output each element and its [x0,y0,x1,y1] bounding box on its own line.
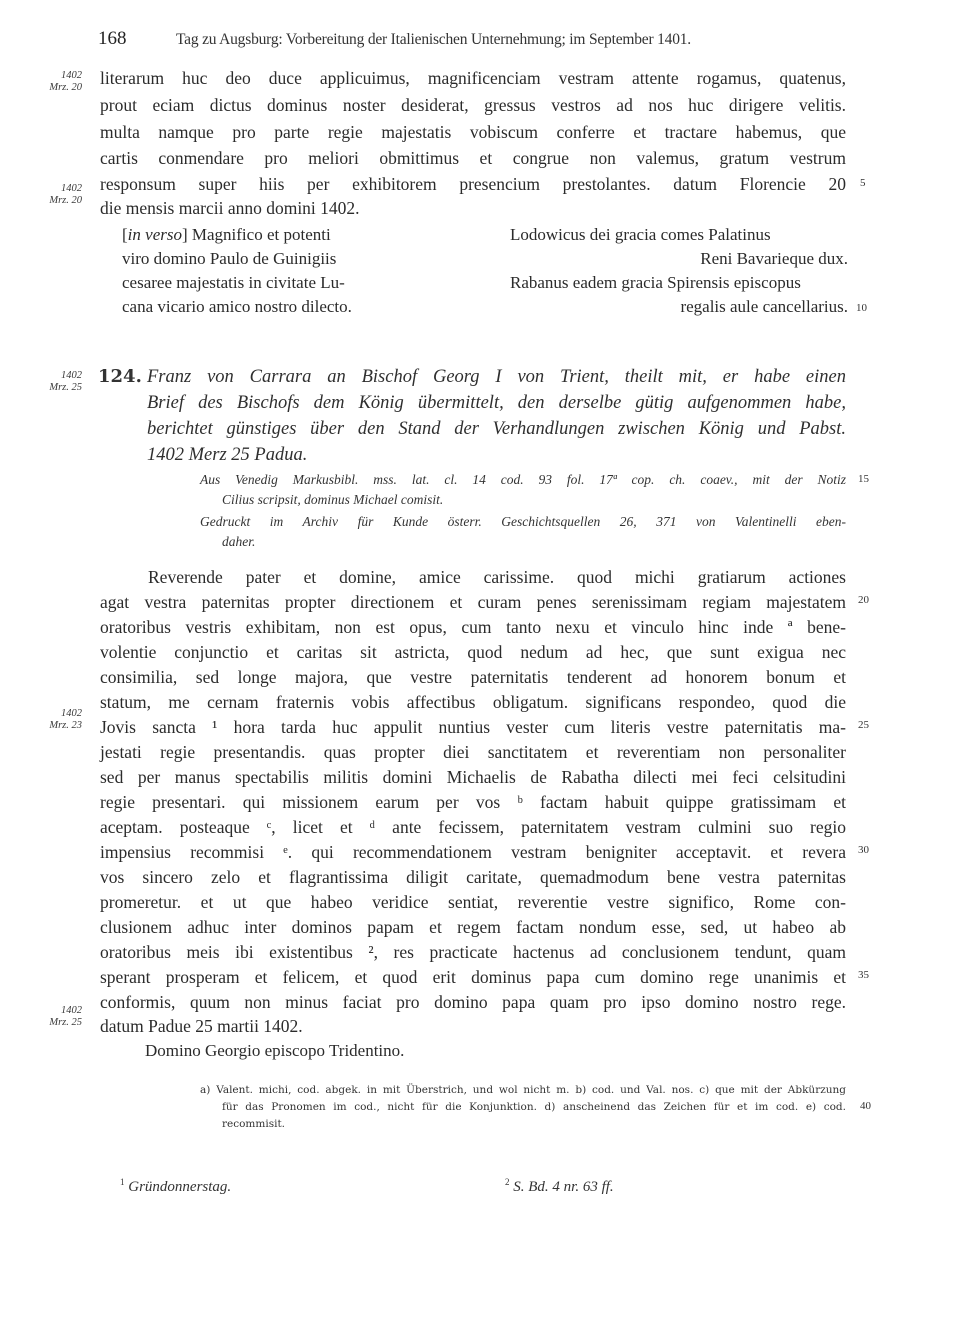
regest-line: 1402 Merz 25 Padua. [147,442,846,468]
signature-line: regalis aule cancellarius. [680,295,848,319]
line-number: 25 [858,719,869,731]
line-number: 35 [858,969,869,981]
margin-date: 1402 Mrz. 20 [34,70,82,94]
running-head-title: Tag zu Augsburg: Vorbereitung der Italie… [176,31,691,49]
document-number: 124. [98,366,142,387]
text-line: regie presentari. qui missionem earum pe… [100,790,846,814]
text-line: sed per manus spectabilis militis domini… [100,765,846,789]
address-text: Magnifico et potenti [192,225,331,244]
critical-note-line: für das Pronomen im cod., nicht für die … [222,1099,846,1116]
address-line: viro domino Paulo de Guinigiis [122,247,336,271]
source-line: Aus Venedig Markusbibl. mss. lat. cl. 14… [200,470,846,490]
margin-date: 1402 Mrz. 23 [34,708,82,732]
address-line: [in verso] Magnifico et potenti [122,223,331,247]
margin-date-day: Mrz. 20 [34,82,82,94]
margin-date-year: 1402 [34,183,82,195]
text-line: oratoribus vestris exhibitam, non est op… [100,615,846,639]
address-line: cana vicario amico nostro dilecto. [122,295,352,319]
text-line: datum Padue 25 martii 1402. [100,1014,846,1038]
line-number: 30 [858,844,869,856]
footnote-mark: 2 [505,1177,510,1187]
line-number: 5 [860,177,866,189]
address-line: cesaree majestatis in civitate Lu- [122,271,345,295]
text-line: statum, me cernam fraternis vobis affect… [100,690,846,714]
critical-note-line: a) Valent. michi, cod. abgek. in mit Übe… [200,1082,846,1099]
text-line: prout eciam dictus dominus noster deside… [100,93,846,117]
margin-date: 1402 Mrz. 25 [34,370,82,394]
margin-date-year: 1402 [34,1005,82,1017]
text-line: vos sincero zelo et flagrantissima dilig… [100,865,846,889]
text-line: aceptam. posteaque ᶜ, licet et ᵈ ante fe… [100,815,846,839]
text-line: multa namque pro parte regie majestatis … [100,120,846,144]
margin-date-year: 1402 [34,70,82,82]
source-line: daher. [222,532,846,552]
text-line: literarum huc deo duce applicuimus, magn… [100,66,846,90]
margin-date-year: 1402 [34,370,82,382]
text-line: impensius recommisi ᵉ. qui recommendatio… [100,840,846,864]
line-number: 10 [856,302,867,314]
text-line: consimilia, sed longe majora, que vestre… [100,665,846,689]
running-head: 168 Tag zu Augsburg: Vorbereitung der It… [0,28,960,52]
signature-line: Reni Bavarieque dux. [700,247,848,271]
text-line: promeretur. et ut que habeo veridice sen… [100,890,846,914]
margin-date-day: Mrz. 23 [34,720,82,732]
regest-line: Brief des Bischofs dem König übermittelt… [147,390,846,416]
regest-line: berichtet günstiges über den Stand der V… [147,416,846,442]
text-line: clusionem adhuc inter dominos papam et r… [100,915,846,939]
text-line: Jovis sancta ¹ hora tarda huc appulit nu… [100,715,846,739]
text-line: conformis, quum non minus faciat pro dom… [100,990,846,1014]
regest-line: Franz von Carrara an Bischof Georg I von… [147,364,846,390]
footnote-1: 1 Gründonnerstag. [120,1179,231,1196]
margin-date-day: Mrz. 25 [34,1017,82,1029]
margin-date-day: Mrz. 20 [34,195,82,207]
line-number: 40 [860,1100,871,1112]
text-line: sperant prosperam et felicem, et quod er… [100,965,846,989]
footnote-text: Gründonnerstag. [128,1179,231,1195]
text-line: agat vestra paternitas propter direction… [100,590,846,614]
source-line: Gedruckt im Archiv für Kunde österr. Ges… [200,512,846,532]
line-number: 20 [858,594,869,606]
margin-date-year: 1402 [34,708,82,720]
text-line: volentie conjunctio et caritas sit astri… [100,640,846,664]
verso-label: in verso [128,225,182,244]
margin-date: 1402 Mrz. 20 [34,183,82,207]
footnote-mark: 1 [120,1177,125,1187]
addressee: Domino Georgio episcopo Tridentino. [145,1039,404,1063]
critical-note-line: recommisit. [222,1116,846,1133]
signature-line: Rabanus eadem gracia Spirensis episcopus [510,271,801,295]
signature-line: Lodowicus dei gracia comes Palatinus [510,223,771,247]
text-line: responsum super hiis per exhibitorem pre… [100,172,846,196]
line-number: 15 [858,473,869,485]
text-line: Reverende pater et domine, amice carissi… [148,565,846,589]
footnote-2: 2 S. Bd. 4 nr. 63 ff. [505,1179,614,1196]
text-line: jestati regie presentandis. quas propter… [100,740,846,764]
text-line: die mensis marcii anno domini 1402. [100,196,846,220]
page-number: 168 [98,28,127,50]
text-line: oratoribus meis ibi existentibus ², res … [100,940,846,964]
margin-date: 1402 Mrz. 25 [34,1005,82,1029]
margin-date-day: Mrz. 25 [34,382,82,394]
footnote-text: S. Bd. 4 nr. 63 ff. [513,1179,613,1195]
text-line: cartis conmendare pro meliori obmittimus… [100,146,846,170]
source-line: Cilius scripsit, dominus Michael comisit… [222,490,846,510]
